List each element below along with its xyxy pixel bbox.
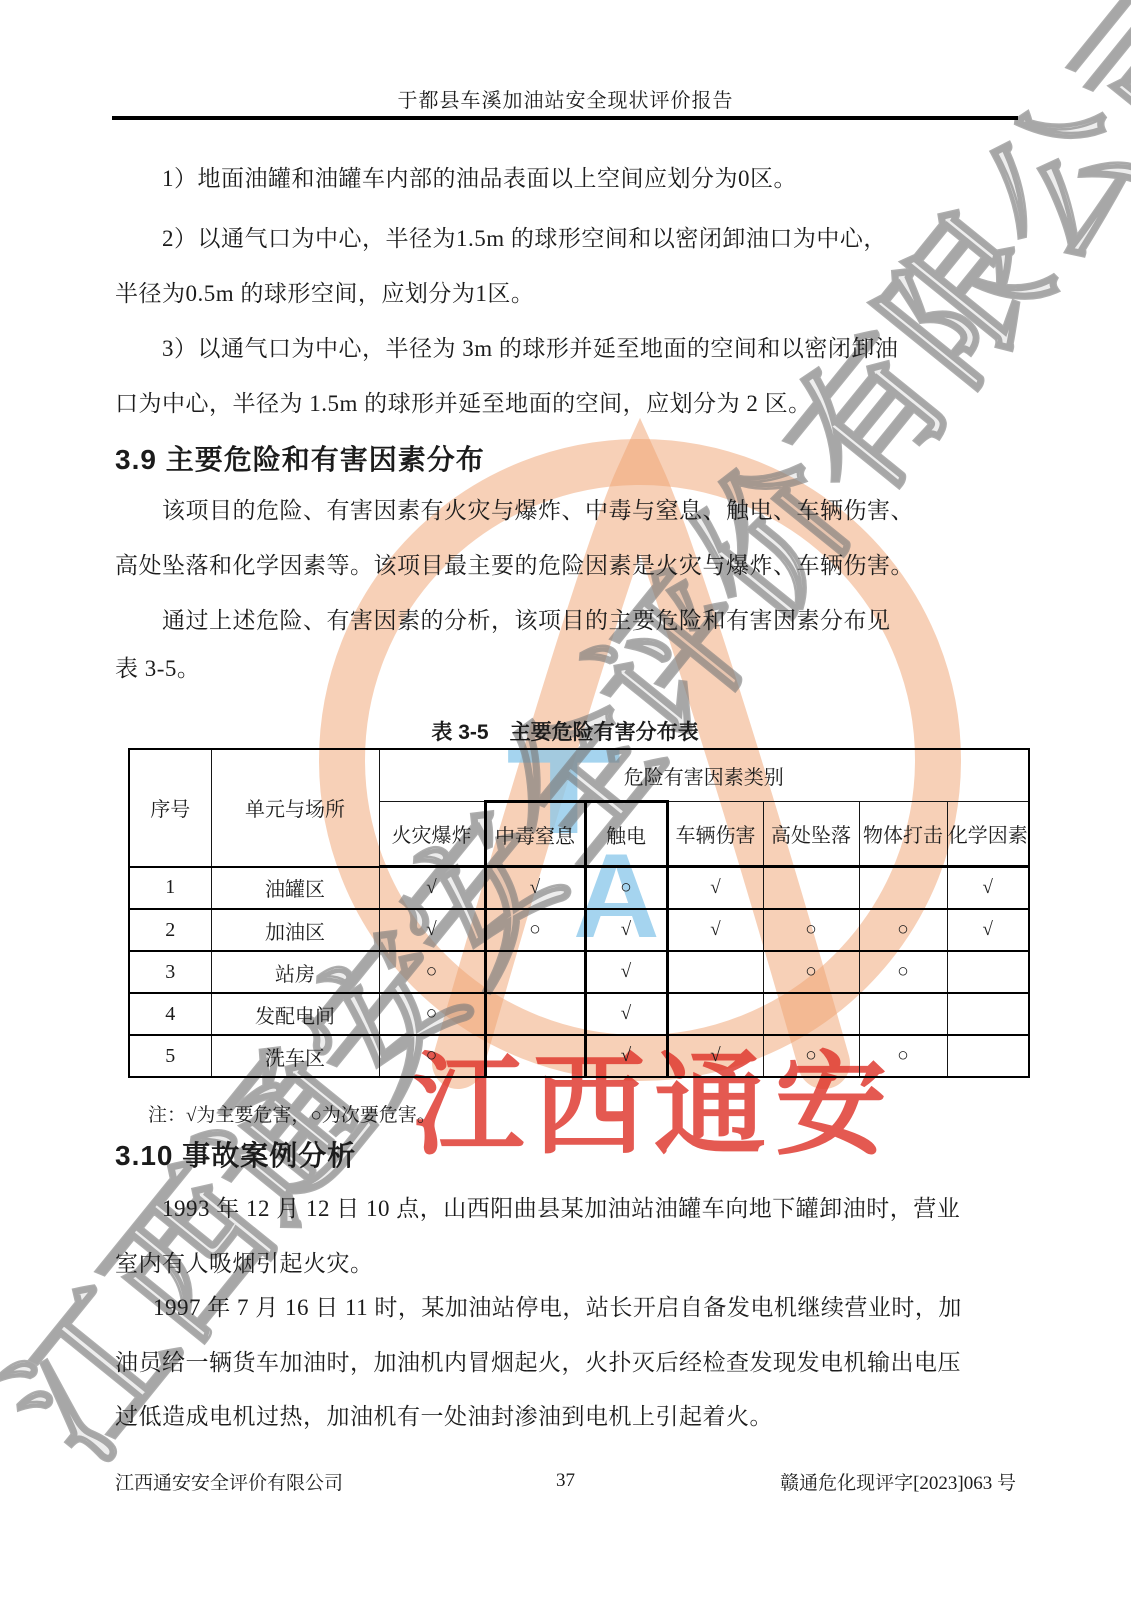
table-header-row: 序号 单元与场所 危险有害因素类别 (129, 749, 1029, 802)
cell-mark (485, 951, 585, 993)
cell-mark (667, 993, 763, 1035)
cell-mark: √ (485, 867, 585, 910)
section-3-9-p2-line-1: 通过上述危险、有害因素的分析，该项目的主要危险和有害因素分布见 (115, 605, 1072, 636)
column-header-unit: 单元与场所 (211, 749, 379, 867)
section-3-10-p2-line-2: 油员给一辆货车加油时，加油机内冒烟起火，火扑灭后经检查发现发电机输出电压 (115, 1347, 1025, 1378)
cell-mark: ○ (379, 951, 485, 993)
page-header-title: 于都县车溪加油站安全现状评价报告 (0, 84, 1131, 113)
cell-mark: √ (379, 909, 485, 951)
cell-mark: √ (585, 993, 667, 1035)
cell-mark: √ (667, 1035, 763, 1077)
cell-mark (763, 993, 859, 1035)
section-3-10-p1-line-2: 室内有人吸烟引起火灾。 (115, 1248, 1025, 1279)
cell-mark: √ (667, 867, 763, 910)
table-row: 5 洗车区 ○ √ √ ○ ○ (129, 1035, 1029, 1077)
cell-mark: ○ (379, 993, 485, 1035)
column-header-factor: 物体打击 (859, 802, 947, 867)
cell-mark: √ (585, 1035, 667, 1077)
column-header-factor: 化学因素 (947, 802, 1029, 867)
hazard-distribution-table: 序号 单元与场所 危险有害因素类别 火灾爆炸 中毒窒息 触电 车辆伤害 高处坠落… (128, 748, 1030, 1078)
section-3-10-p2-line-1: 1997 年 7 月 16 日 11 时，某加油站停电，站长开启自备发电机继续营… (115, 1292, 1063, 1323)
column-header-seq: 序号 (129, 749, 211, 867)
section-3-9-p1-line-2: 高处坠落和化学因素等。该项目最主要的危险因素是火灾与爆炸、车辆伤害。 (115, 550, 1025, 581)
section-3-9-p1-line-1: 该项目的危险、有害因素有火灾与爆炸、中毒与窒息、触电、车辆伤害、 (115, 495, 1072, 526)
table-row: 4 发配电间 ○ √ (129, 993, 1029, 1035)
cell-mark: ○ (859, 951, 947, 993)
cell-mark: √ (585, 951, 667, 993)
table-row: 3 站房 ○ √ ○ ○ (129, 951, 1029, 993)
footer-doc-number: 赣通危化现评字[2023]063 号 (780, 1468, 1016, 1495)
cell-mark (485, 993, 585, 1035)
document-page: T A 江西通安安全评价有限公司 江西通安 于都县车溪加油站安全现状评价报告 1… (0, 0, 1131, 1600)
table-note: 注：√为主要危害，○为次要危害。 (148, 1100, 436, 1127)
cell-seq: 1 (129, 867, 211, 910)
cell-mark: ○ (585, 867, 667, 910)
cell-mark: ○ (763, 909, 859, 951)
cell-unit: 站房 (211, 951, 379, 993)
body-item-2-line-1: 2）以通气口为中心，半径为1.5m 的球形空间和以密闭卸油口为中心， (115, 223, 1072, 254)
table-caption: 表 3-5 主要危险有害分布表 (115, 716, 1015, 746)
cell-mark (947, 951, 1029, 993)
column-header-factor: 火灾爆炸 (379, 802, 485, 867)
section-3-10-heading: 3.10 事故案例分析 (115, 1134, 356, 1174)
cell-unit: 洗车区 (211, 1035, 379, 1077)
section-3-10-p1-line-1: 1993 年 12 月 12 日 10 点，山西阳曲县某加油站油罐车向地下罐卸油… (115, 1193, 1072, 1224)
column-header-factor: 车辆伤害 (667, 802, 763, 867)
cell-mark (763, 867, 859, 910)
cell-seq: 5 (129, 1035, 211, 1077)
cell-mark (947, 993, 1029, 1035)
column-header-factor-group: 危险有害因素类别 (379, 749, 1029, 802)
page-content: 于都县车溪加油站安全现状评价报告 1）地面油罐和油罐车内部的油品表面以上空间应划… (0, 0, 1131, 1600)
cell-mark: ○ (859, 1035, 947, 1077)
cell-seq: 3 (129, 951, 211, 993)
cell-mark (859, 867, 947, 910)
body-item-1: 1）地面油罐和油罐车内部的油品表面以上空间应划分为0区。 (115, 163, 1072, 194)
body-item-2-line-2: 半径为0.5m 的球形空间，应划分为1区。 (115, 278, 1025, 309)
cell-unit: 发配电间 (211, 993, 379, 1035)
cell-mark: √ (379, 867, 485, 910)
cell-mark: ○ (763, 1035, 859, 1077)
body-item-3-line-1: 3）以通气口为中心，半径为 3m 的球形并延至地面的空间和以密闭卸油 (115, 333, 1072, 364)
cell-mark: ○ (379, 1035, 485, 1077)
cell-mark (485, 1035, 585, 1077)
cell-unit: 加油区 (211, 909, 379, 951)
section-3-9-heading: 3.9 主要危险和有害因素分布 (115, 438, 485, 478)
section-3-10-p2-line-3: 过低造成电机过热，加油机有一处油封渗油到电机上引起着火。 (115, 1401, 1025, 1432)
table-row: 1 油罐区 √ √ ○ √ √ (129, 867, 1029, 910)
table-row: 2 加油区 √ ○ √ √ ○ ○ √ (129, 909, 1029, 951)
cell-mark: √ (667, 909, 763, 951)
cell-mark: ○ (763, 951, 859, 993)
cell-mark: √ (947, 909, 1029, 951)
cell-seq: 2 (129, 909, 211, 951)
cell-mark: √ (947, 867, 1029, 910)
cell-unit: 油罐区 (211, 867, 379, 910)
header-rule (112, 116, 1018, 120)
column-header-factor: 高处坠落 (763, 802, 859, 867)
column-header-factor: 中毒窒息 (485, 802, 585, 867)
cell-mark: √ (585, 909, 667, 951)
cell-mark (667, 951, 763, 993)
cell-mark: ○ (859, 909, 947, 951)
cell-mark (947, 1035, 1029, 1077)
section-3-9-p2-line-2: 表 3-5。 (115, 653, 1025, 684)
cell-mark: ○ (485, 909, 585, 951)
column-header-factor: 触电 (585, 802, 667, 867)
cell-seq: 4 (129, 993, 211, 1035)
body-item-3-line-2: 口为中心，半径为 1.5m 的球形并延至地面的空间，应划分为 2 区。 (115, 388, 1025, 419)
cell-mark (859, 993, 947, 1035)
